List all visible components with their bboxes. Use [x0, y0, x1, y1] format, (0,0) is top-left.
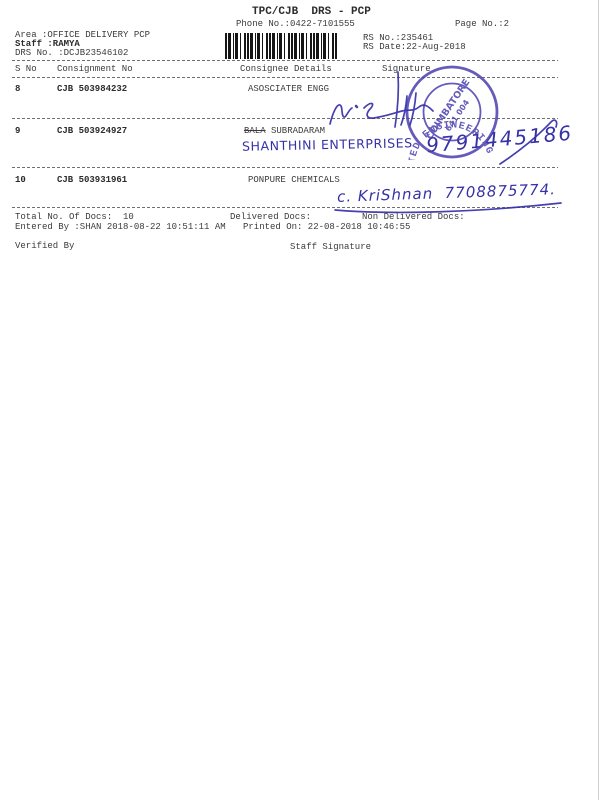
struck-text: BALA	[244, 126, 266, 136]
consignee-name: SUBRADARAM	[266, 126, 325, 136]
row-sno: 9	[15, 126, 20, 136]
staff-signature-label: Staff Signature	[290, 242, 371, 252]
row-sno: 8	[15, 84, 20, 94]
col-header-consignee: Consignee Details	[240, 64, 332, 74]
col-header-consignment: Consignment No	[57, 64, 133, 74]
signature-dot	[356, 106, 357, 107]
divider	[12, 207, 558, 209]
rs-date: RS Date:22-Aug-2018	[363, 42, 466, 52]
row-sno: 10	[15, 175, 26, 185]
signature-row8	[330, 105, 352, 124]
scan-edge-artifact	[598, 0, 599, 800]
verified-by-label: Verified By	[15, 241, 74, 251]
row-consignee: BALA SUBRADARAM	[244, 126, 325, 136]
total-docs-label: Total No. Of Docs:	[15, 212, 112, 222]
row-consignee: PONPURE CHEMICALS	[248, 175, 340, 185]
total-docs-value: 10	[123, 212, 134, 222]
entered-by: Entered By :SHAN 2018-08-22 10:51:11 AM	[15, 222, 226, 232]
delivered-docs-label: Delivered Docs:	[230, 212, 311, 222]
company-stamp: ENGINEERING COMPANY ★ ASSOCIATED COIMBAT…	[404, 64, 500, 160]
row-consignee: ASOSCIATER ENGG	[248, 84, 329, 94]
barcode	[225, 33, 338, 59]
row-consignment-no: CJB 503931961	[57, 175, 127, 185]
printed-on: Printed On: 22-08-2018 10:46:55	[243, 222, 410, 232]
divider	[12, 167, 558, 169]
divider	[12, 60, 558, 62]
non-delivered-docs-label: Non Delivered Docs:	[362, 212, 465, 222]
handwritten-consignee-name: SHANTHINI ENTERPRISES	[242, 135, 413, 154]
document-title: TPC/CJB DRS - PCP	[252, 6, 371, 18]
drs-number: DRS No. :DCJB23546102	[15, 48, 128, 58]
col-header-sno: S No	[15, 64, 37, 74]
row-consignment-no: CJB 503924927	[57, 126, 127, 136]
handwritten-signature-strokes	[0, 0, 600, 800]
handwritten-signature-text: c. KriShnan 7708875774.	[337, 180, 556, 206]
row-consignment-no: CJB 503984232	[57, 84, 127, 94]
phone-number: Phone No.:0422-7101555	[236, 19, 355, 29]
page-number: Page No.:2	[455, 19, 509, 29]
